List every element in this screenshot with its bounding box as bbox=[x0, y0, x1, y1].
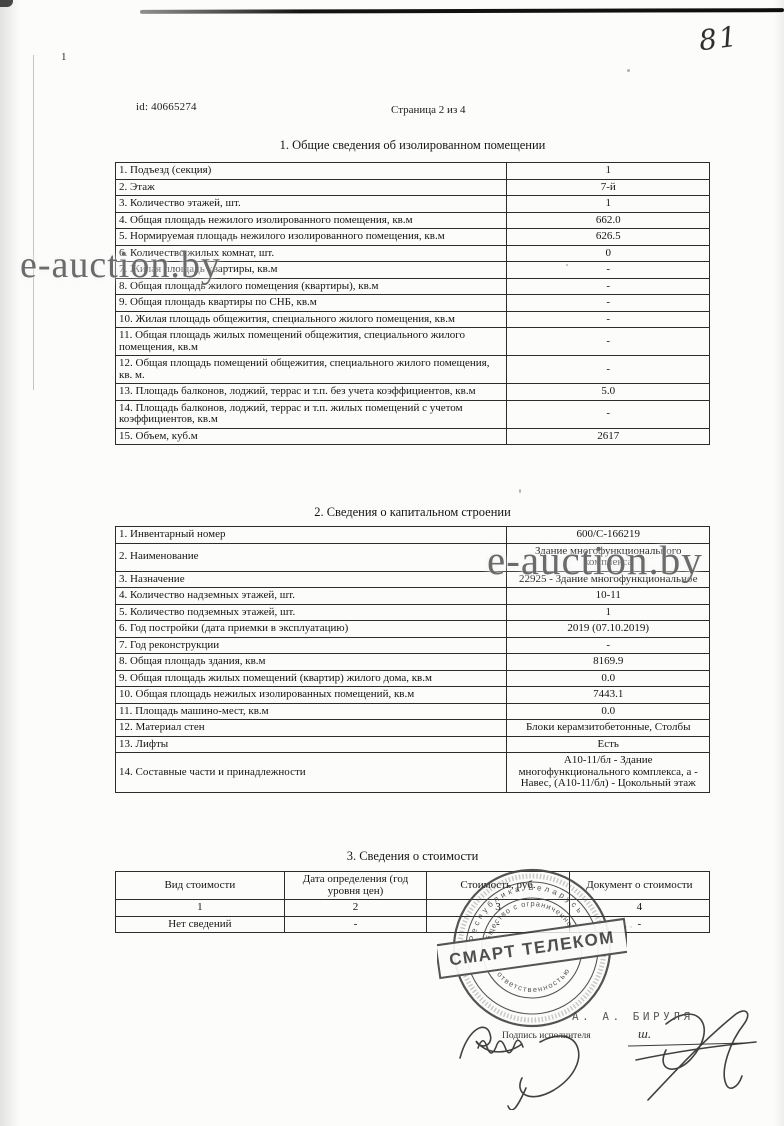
row-value: - bbox=[507, 328, 710, 356]
table-row: 6. Год постройки (дата приемки в эксплуа… bbox=[116, 621, 710, 638]
row-label: 13. Лифты bbox=[116, 736, 507, 753]
table-row: 3. Количество этажей, шт.1 bbox=[116, 196, 710, 213]
row-value: Есть bbox=[507, 736, 710, 753]
column-header: Дата определения (год уровня цен) bbox=[284, 872, 427, 900]
watermark-e-auction: e-auction.by bbox=[487, 536, 703, 584]
row-label: 5. Количество подземных этажей, шт. bbox=[116, 604, 507, 621]
row-label: 2. Этаж bbox=[116, 179, 507, 196]
row-value: 1 bbox=[507, 196, 710, 213]
section1-title: 1. Общие сведения об изолированном помещ… bbox=[115, 138, 710, 153]
table-row: 14. Составные части и принадлежностиА10-… bbox=[116, 753, 710, 793]
margin-mark: 1 bbox=[61, 51, 67, 63]
row-label: 9. Общая площадь жилых помещений (кварти… bbox=[116, 670, 507, 687]
executor-name: А. А. БИРУЛЯ bbox=[572, 1010, 693, 1023]
row-value: 0.0 bbox=[507, 670, 710, 687]
row-label: 3. Назначение bbox=[116, 571, 507, 588]
scan-margin-line bbox=[33, 55, 34, 390]
executor-signature-label: Подпись исполнителя bbox=[502, 1031, 591, 1041]
signatures-overlay bbox=[430, 980, 770, 1110]
row-value: - bbox=[507, 400, 710, 428]
scan-edge-shadow-left bbox=[0, 0, 20, 1126]
row-label: 1. Подъезд (секция) bbox=[116, 163, 507, 180]
row-label: 14. Составные части и принадлежности bbox=[116, 753, 507, 793]
section2-title: 2. Сведения о капитальном строении bbox=[115, 505, 710, 520]
row-value: 662.0 bbox=[507, 212, 710, 229]
general-info-table: 1. Подъезд (секция)1 2. Этаж7-й 3. Колич… bbox=[115, 162, 710, 445]
row-label: 10. Жилая площадь общежития, специальног… bbox=[116, 311, 507, 328]
table-row: 4. Количество надземных этажей, шт.10-11 bbox=[116, 588, 710, 605]
row-value: 626.5 bbox=[507, 229, 710, 246]
row-label: 14. Площадь балконов, лоджий, террас и т… bbox=[116, 400, 507, 428]
scan-top-line-artifact bbox=[140, 8, 784, 13]
row-value: 0.0 bbox=[507, 703, 710, 720]
row-value: 7443.1 bbox=[507, 687, 710, 704]
row-value: 1 bbox=[507, 163, 710, 180]
page-counter: Страница 2 из 4 bbox=[391, 104, 466, 116]
scan-edge-shadow-right bbox=[774, 0, 784, 1126]
table-row: 8. Общая площадь здания, кв.м8169.9 bbox=[116, 654, 710, 671]
row-label: 3. Количество этажей, шт. bbox=[116, 196, 507, 213]
row-value: - bbox=[507, 311, 710, 328]
row-value: Блоки керамзитобетонные, Столбы bbox=[507, 720, 710, 737]
scanned-document-page: id: 40665274 Страница 2 из 4 1 81 e-auct… bbox=[0, 0, 784, 1126]
row-value: 7-й bbox=[507, 179, 710, 196]
row-value: - bbox=[507, 637, 710, 654]
row-value: 2617 bbox=[507, 428, 710, 445]
row-label: 11. Площадь машино-мест, кв.м bbox=[116, 703, 507, 720]
table-row: 12. Материал стенБлоки керамзитобетонные… bbox=[116, 720, 710, 737]
table-row: 5. Количество подземных этажей, шт.1 bbox=[116, 604, 710, 621]
table-row: 2. Этаж7-й bbox=[116, 179, 710, 196]
scan-speck bbox=[519, 489, 521, 493]
row-value: - bbox=[507, 262, 710, 279]
row-label: 13. Площадь балконов, лоджий, террас и т… bbox=[116, 384, 507, 401]
column-header: Вид стоимости bbox=[116, 872, 285, 900]
handwritten-page-number: 81 bbox=[697, 20, 740, 58]
row-label: 9. Общая площадь квартиры по СНБ, кв.м bbox=[116, 295, 507, 312]
row-label: 12. Материал стен bbox=[116, 720, 507, 737]
scan-speck bbox=[627, 69, 630, 72]
table-row: 10. Общая площадь нежилых изолированных … bbox=[116, 687, 710, 704]
row-value: 1 bbox=[507, 604, 710, 621]
column-number: 1 bbox=[116, 900, 285, 917]
table-row: 13. Площадь балконов, лоджий, террас и т… bbox=[116, 384, 710, 401]
row-value: 10-11 bbox=[507, 588, 710, 605]
row-value: 5.0 bbox=[507, 384, 710, 401]
row-label: 10. Общая площадь нежилых изолированных … bbox=[116, 687, 507, 704]
row-value: - bbox=[284, 916, 427, 933]
row-value: Нет сведений bbox=[116, 916, 285, 933]
row-label: 4. Количество надземных этажей, шт. bbox=[116, 588, 507, 605]
table-row: 1. Подъезд (секция)1 bbox=[116, 163, 710, 180]
table-row: 14. Площадь балконов, лоджий, террас и т… bbox=[116, 400, 710, 428]
table-row: 7. Год реконструкции- bbox=[116, 637, 710, 654]
watermark-e-auction: e-auction.by bbox=[20, 243, 221, 287]
row-value: - bbox=[507, 278, 710, 295]
table-row: 13. ЛифтыЕсть bbox=[116, 736, 710, 753]
row-label: 2. Наименование bbox=[116, 543, 507, 571]
row-label: 11. Общая площадь жилых помещений общежи… bbox=[116, 328, 507, 356]
row-value: - bbox=[507, 356, 710, 384]
column-number: 2 bbox=[284, 900, 427, 917]
table-row: 9. Общая площадь квартиры по СНБ, кв.м- bbox=[116, 295, 710, 312]
row-label: 4. Общая площадь нежилого изолированного… bbox=[116, 212, 507, 229]
table-row: 11. Общая площадь жилых помещений общежи… bbox=[116, 328, 710, 356]
row-value: 2019 (07.10.2019) bbox=[507, 621, 710, 638]
row-value: А10-11/бл - Здание многофункционального … bbox=[507, 753, 710, 793]
row-label: 15. Объем, куб.м bbox=[116, 428, 507, 445]
row-value: 8169.9 bbox=[507, 654, 710, 671]
row-label: 12. Общая площадь помещений общежития, с… bbox=[116, 356, 507, 384]
row-value: 0 bbox=[507, 245, 710, 262]
table-row: 12. Общая площадь помещений общежития, с… bbox=[116, 356, 710, 384]
table-row: 10. Жилая площадь общежития, специальног… bbox=[116, 311, 710, 328]
document-id: id: 40665274 bbox=[136, 101, 197, 113]
row-label: 8. Общая площадь здания, кв.м bbox=[116, 654, 507, 671]
table-row: 15. Объем, куб.м2617 bbox=[116, 428, 710, 445]
table-row: 11. Площадь машино-мест, кв.м0.0 bbox=[116, 703, 710, 720]
table-row: 4. Общая площадь нежилого изолированного… bbox=[116, 212, 710, 229]
row-label: 7. Год реконструкции bbox=[116, 637, 507, 654]
row-value: - bbox=[507, 295, 710, 312]
row-label: 1. Инвентарный номер bbox=[116, 527, 507, 544]
table-row: 9. Общая площадь жилых помещений (кварти… bbox=[116, 670, 710, 687]
row-label: 6. Год постройки (дата приемки в эксплуа… bbox=[116, 621, 507, 638]
handwritten-note: ш. bbox=[638, 1026, 651, 1042]
